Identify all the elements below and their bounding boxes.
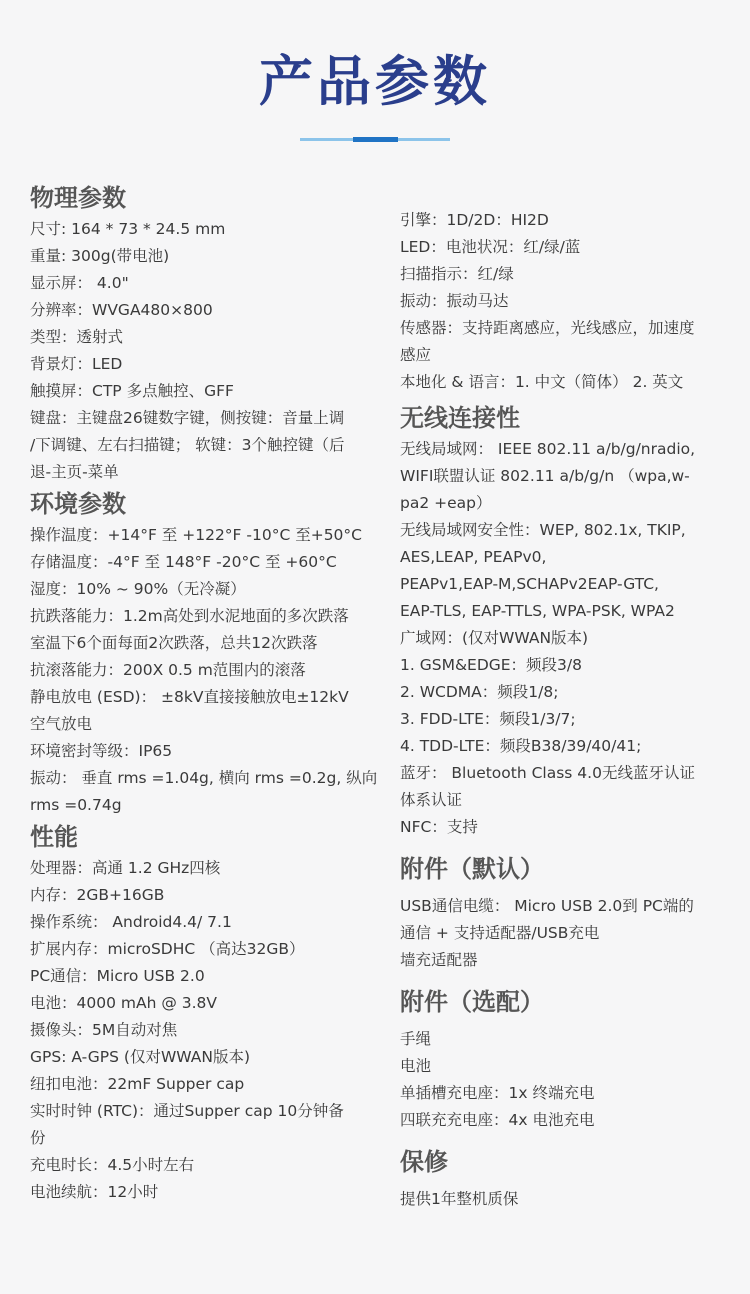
spec-line: 摄像头：5M自动对焦 [30,1017,380,1044]
section-title: 附件（选配） [400,984,750,1020]
spec-line: 本地化 & 语言：1. 中文（简体） 2. 英文 [400,369,750,396]
spec-line: 退-主页-菜单 [30,459,380,486]
spec-line: 体系认证 [400,787,750,814]
section-title: 物理参数 [30,180,380,216]
spec-line: rms =0.74g [30,792,380,819]
spec-line: GPS: A-GPS (仅对WWAN版本) [30,1044,380,1071]
spec-line: 实时时钟 (RTC)：通过Supper cap 10分钟备 [30,1098,380,1125]
spec-line: AES,LEAP, PEAPv0, [400,544,750,571]
section-environment: 环境参数 操作温度：+14°F 至 +122°F -10°C 至+50°C 存储… [30,486,380,819]
spec-line: 份 [30,1125,380,1152]
section-physical: 物理参数 尺寸: 164 * 73 * 24.5 mm 重量: 300g(带电池… [30,180,380,486]
section-performance: 性能 处理器：高通 1.2 GHz四核 内存：2GB+16GB 操作系统： An… [30,819,380,1206]
spec-line: 提供1年整机质保 [400,1186,750,1213]
spec-line: PC通信：Micro USB 2.0 [30,963,380,990]
section-title: 环境参数 [30,486,380,522]
spec-line: 抗滚落能力：200X 0.5 m范围内的滚落 [30,657,380,684]
section-title: 附件（默认） [400,851,750,887]
spec-line: 室温下6个面每面2次跌落，总共12次跌落 [30,630,380,657]
spec-line: 静电放电 (ESD)： ±8kV直接接触放电±12kV [30,684,380,711]
spec-line: 触摸屏：CTP 多点触控、GFF [30,378,380,405]
section-title: 保修 [400,1144,750,1180]
right-column: 引擎：1D/2D：HI2D LED：电池状况：红/绿/蓝 扫描指示：红/绿 振动… [400,207,750,1213]
section-title: 性能 [30,819,380,855]
spec-line: 操作温度：+14°F 至 +122°F -10°C 至+50°C [30,522,380,549]
spec-line: 2. WCDMA：频段1/8; [400,679,750,706]
spec-line: 通信 + 支持适配器/USB充电 [400,920,750,947]
spec-line: 扫描指示：红/绿 [400,261,750,288]
spec-line: 振动： 垂直 rms =1.04g, 横向 rms =0.2g, 纵向 [30,765,380,792]
section-warranty: 保修 提供1年整机质保 [400,1144,750,1213]
spec-line: LED：电池状况：红/绿/蓝 [400,234,750,261]
spec-line: 分辨率：WVGA480×800 [30,297,380,324]
spec-line: 四联充充电座：4x 电池充电 [400,1107,750,1134]
spec-line: 蓝牙： Bluetooth Class 4.0无线蓝牙认证 [400,760,750,787]
spec-line: 背景灯：LED [30,351,380,378]
spec-line: 尺寸: 164 * 73 * 24.5 mm [30,216,380,243]
spec-line: 空气放电 [30,711,380,738]
spec-line: 4. TDD-LTE：频段B38/39/40/41; [400,733,750,760]
spec-line: 抗跌落能力：1.2m高处到水泥地面的多次跌落 [30,603,380,630]
spec-line: 无线局域网安全性：WEP, 802.1x, TKIP, [400,517,750,544]
section-accessories-default: 附件（默认） USB通信电缆： Micro USB 2.0到 PC端的 通信 +… [400,851,750,974]
spec-line: 纽扣电池：22mF Supper cap [30,1071,380,1098]
spec-line: USB通信电缆： Micro USB 2.0到 PC端的 [400,893,750,920]
spec-line: 电池：4000 mAh @ 3.8V [30,990,380,1017]
spec-line: 感应 [400,342,750,369]
spec-line: 手绳 [400,1026,750,1053]
spec-line: 无线局域网： IEEE 802.11 a/b/g/nradio, [400,436,750,463]
section-scanner-misc: 引擎：1D/2D：HI2D LED：电池状况：红/绿/蓝 扫描指示：红/绿 振动… [400,207,750,396]
spec-line: 重量: 300g(带电池) [30,243,380,270]
spec-line: 环境密封等级：IP65 [30,738,380,765]
spec-line: 墙充适配器 [400,947,750,974]
spec-line: 存储温度：-4°F 至 148°F -20°C 至 +60°C [30,549,380,576]
spec-line: 传感器：支持距离感应，光线感应，加速度 [400,315,750,342]
spec-line: 扩展内存：microSDHC （高达32GB） [30,936,380,963]
spec-line: 充电时长：4.5小时左右 [30,1152,380,1179]
spec-line: 电池 [400,1053,750,1080]
spec-line: 3. FDD-LTE：频段1/3/7; [400,706,750,733]
spec-line: 电池续航：12小时 [30,1179,380,1206]
section-wireless: 无线连接性 无线局域网： IEEE 802.11 a/b/g/nradio, W… [400,400,750,841]
title-divider-accent [353,137,398,142]
spec-line: 广域网：(仅对WWAN版本) [400,625,750,652]
spec-line: 湿度：10% ~ 90%（无冷凝） [30,576,380,603]
spec-line: /下调键、左右扫描键； 软键：3个触控键（后 [30,432,380,459]
spec-line: 处理器：高通 1.2 GHz四核 [30,855,380,882]
spec-line: 类型：透射式 [30,324,380,351]
spec-line: WIFI联盟认证 802.11 a/b/g/n （wpa,w- [400,463,750,490]
spec-line: PEAPv1,EAP-M,SCHAPv2EAP-GTC, [400,571,750,598]
section-title: 无线连接性 [400,400,750,436]
spec-line: EAP-TLS, EAP-TTLS, WPA-PSK, WPA2 [400,598,750,625]
spec-line: pa2 +eap） [400,490,750,517]
spec-line: 操作系统： Android4.4/ 7.1 [30,909,380,936]
spec-line: 显示屏： 4.0" [30,270,380,297]
spec-line: 键盘：主键盘26键数字键，侧按键：音量上调 [30,405,380,432]
left-column: 物理参数 尺寸: 164 * 73 * 24.5 mm 重量: 300g(带电池… [30,180,380,1206]
page-title: 产品参数 [0,50,750,114]
spec-line: 引擎：1D/2D：HI2D [400,207,750,234]
title-divider [300,138,450,141]
spec-line: 1. GSM&EDGE：频段3/8 [400,652,750,679]
spec-line: 单插槽充电座：1x 终端充电 [400,1080,750,1107]
spec-line: 振动：振动马达 [400,288,750,315]
spec-line: NFC：支持 [400,814,750,841]
section-accessories-optional: 附件（选配） 手绳 电池 单插槽充电座：1x 终端充电 四联充充电座：4x 电池… [400,984,750,1134]
spec-line: 内存：2GB+16GB [30,882,380,909]
